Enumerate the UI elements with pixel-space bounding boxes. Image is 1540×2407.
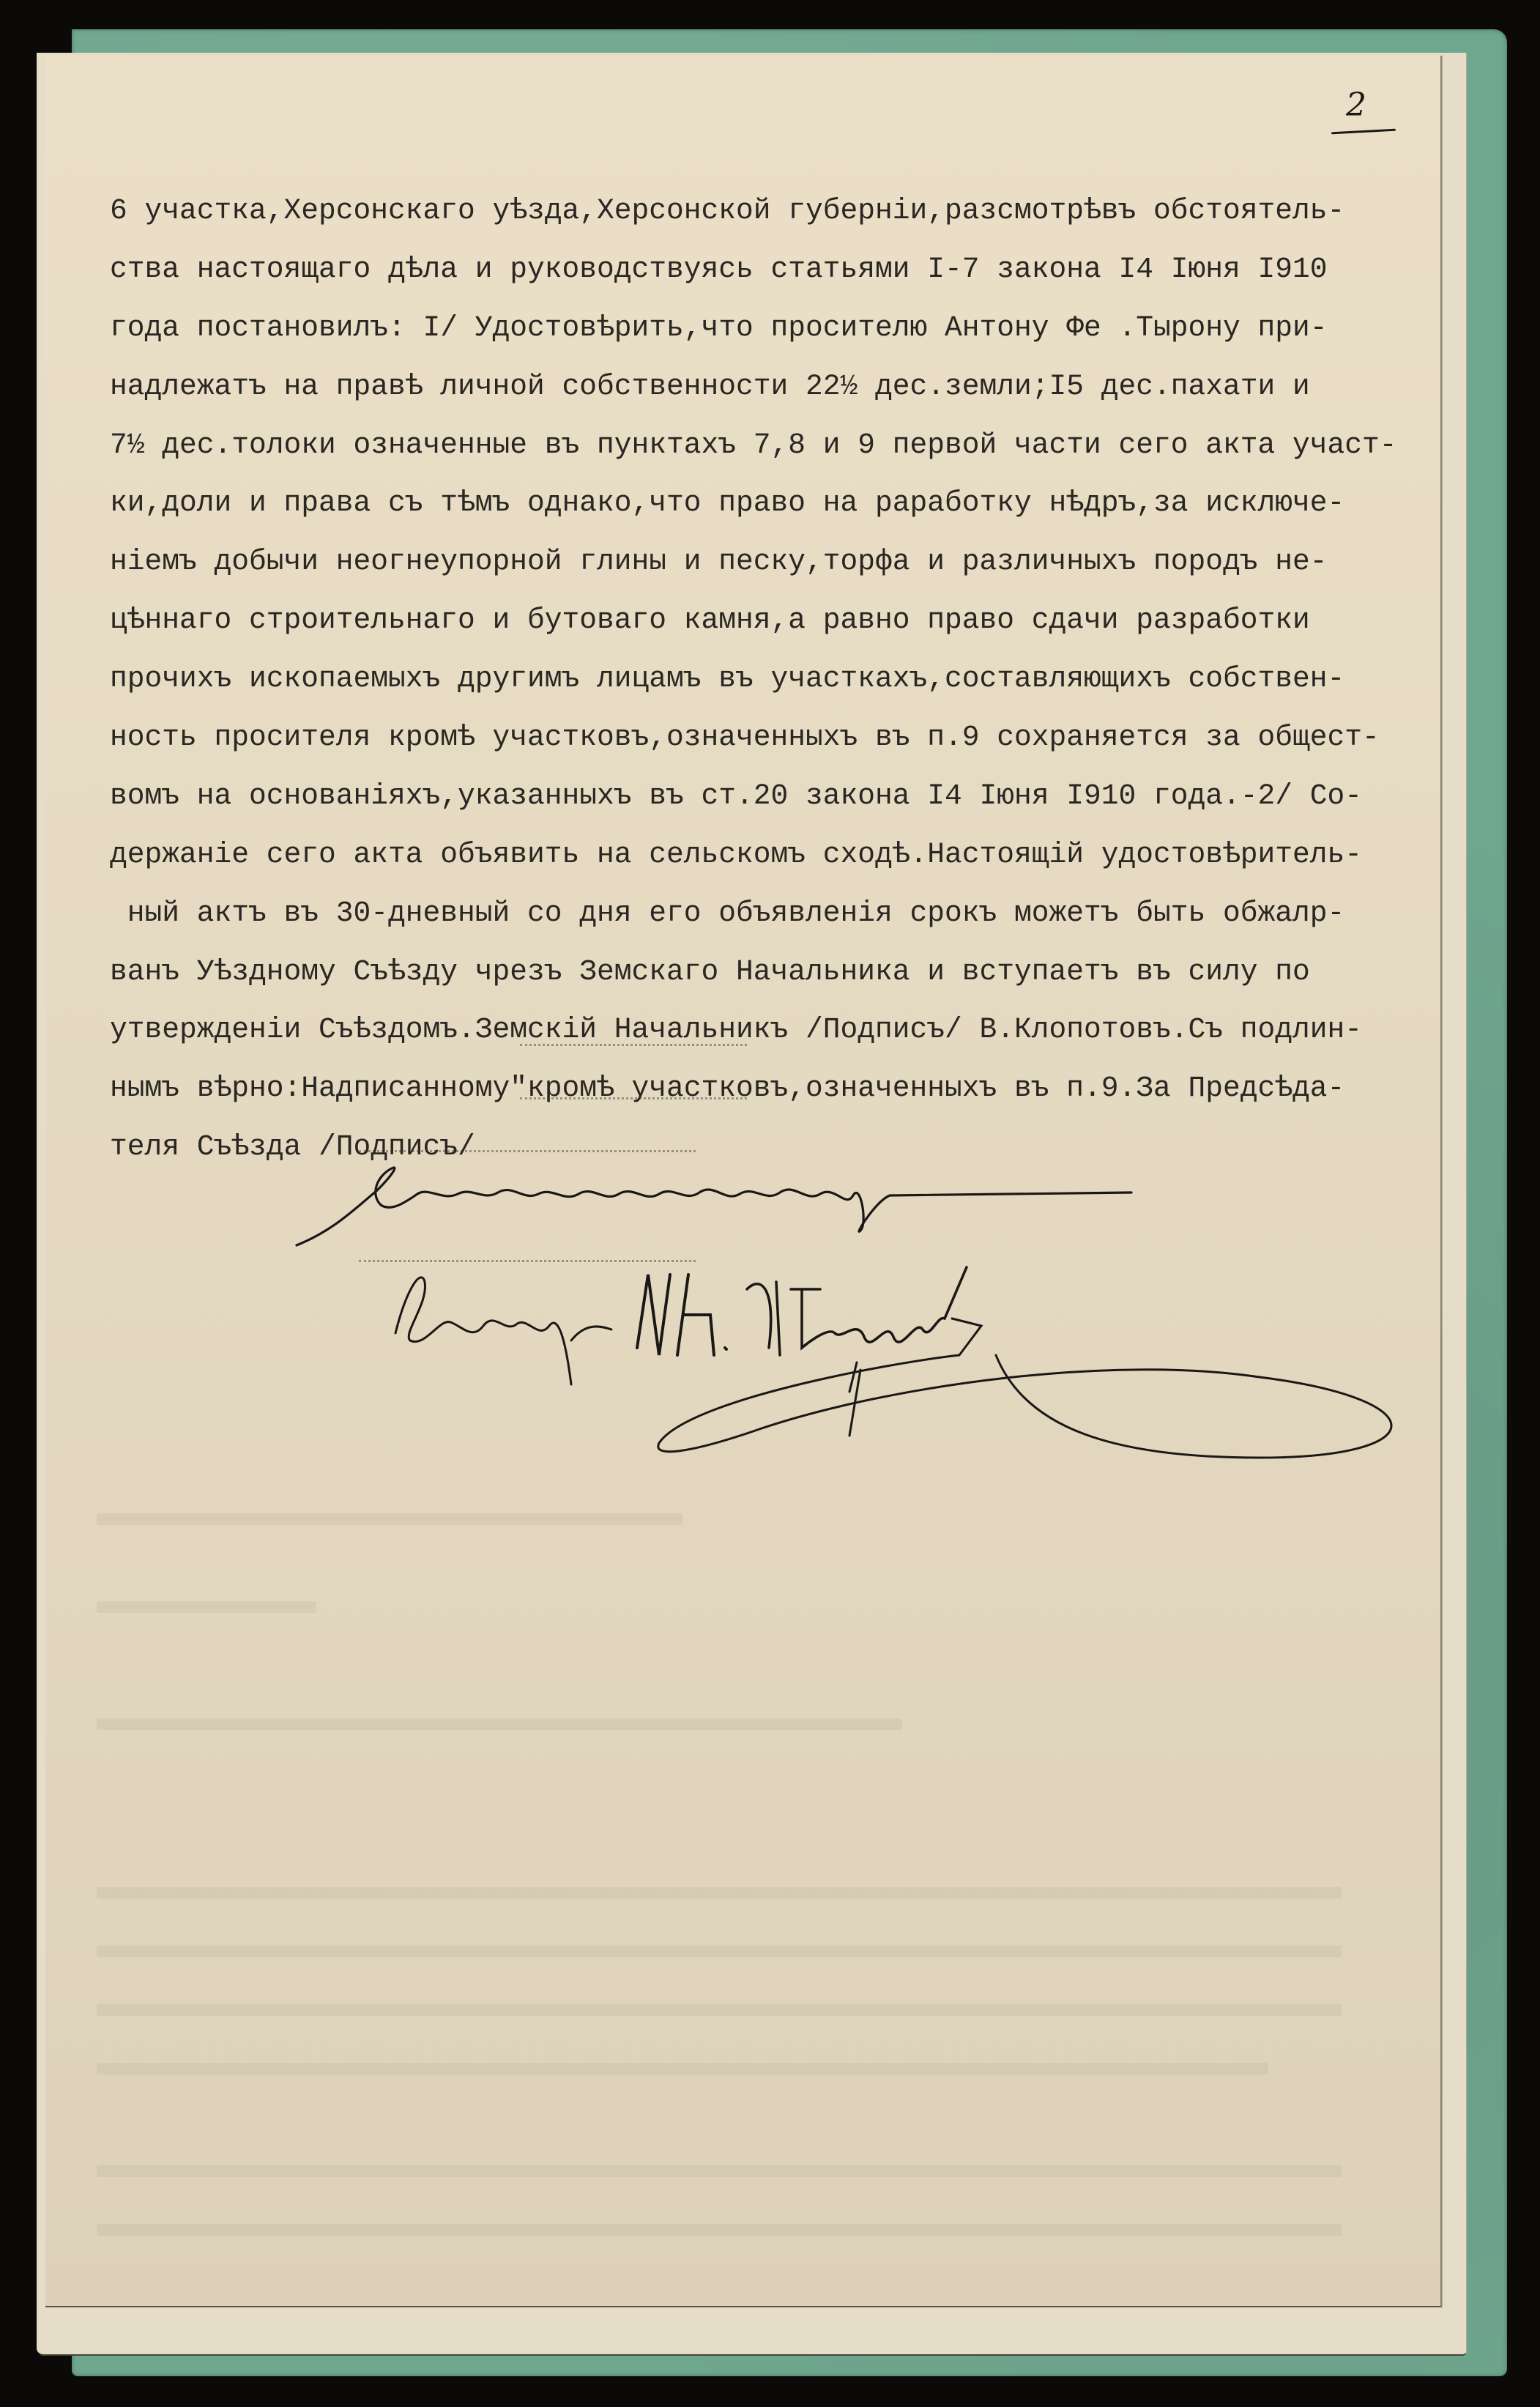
dotted-rule xyxy=(520,1044,747,1046)
typed-line: 6 участка,Херсонскаго уѣзда,Херсонской г… xyxy=(110,182,1399,240)
typed-line: ный актъ въ 30-дневный со дня его объявл… xyxy=(110,884,1399,943)
typed-line: нымъ вѣрно:Надписанному"кромѣ участковъ,… xyxy=(110,1059,1399,1118)
typed-line: года постановилъ: I/ Удостовѣрить,что пр… xyxy=(110,299,1399,357)
bleed-through-mark xyxy=(97,2063,1268,2074)
typed-line: ніемъ добычи неогнеупорной глины и песку… xyxy=(110,533,1399,591)
typed-line: ванъ Уѣздному Съѣзду чрезъ Земскаго Нача… xyxy=(110,943,1399,1001)
typed-line: 7½ дес.толоки означенные въ пунктахъ 7,8… xyxy=(110,416,1399,475)
notary-signature-block xyxy=(381,1245,1450,1465)
bleed-through-mark xyxy=(97,1946,1342,1957)
bleed-through-mark xyxy=(97,2165,1342,2177)
bleed-through-mark xyxy=(97,2004,1342,2016)
typed-body-text: 6 участка,Херсонскаго уѣзда,Херсонской г… xyxy=(110,182,1399,1176)
bleed-through-mark xyxy=(97,1601,316,1613)
bleed-through-mark xyxy=(97,1513,682,1525)
page-number: 2 xyxy=(1346,86,1366,124)
typed-line: ки,доли и права съ тѣмъ однако,что право… xyxy=(110,474,1399,533)
notary-signature-icon xyxy=(381,1245,1450,1465)
typed-line: цѣннаго строительнаго и бутоваго камня,а… xyxy=(110,591,1399,650)
bleed-through-mark xyxy=(97,1718,902,1730)
typed-line: держаніе сего акта объявить на сельскомъ… xyxy=(110,826,1399,884)
typed-line: надлежатъ на правѣ личной собственности … xyxy=(110,357,1399,416)
typed-line: прочихъ ископаемыхъ другимъ лицамъ въ уч… xyxy=(110,650,1399,708)
typed-line: вомъ на основаніяхъ,указанныхъ въ ст.20 … xyxy=(110,767,1399,826)
bleed-through-mark xyxy=(97,1887,1342,1899)
dotted-rule xyxy=(520,1097,747,1099)
typed-line: ства настоящаго дѣла и руководствуясь ст… xyxy=(110,240,1399,299)
bleed-through-mark xyxy=(97,2224,1342,2236)
typed-line: утвержденіи Съѣздомъ.Земскій Начальникъ … xyxy=(110,1001,1399,1059)
typed-line: ность просителя кромѣ участковъ,означенн… xyxy=(110,708,1399,767)
